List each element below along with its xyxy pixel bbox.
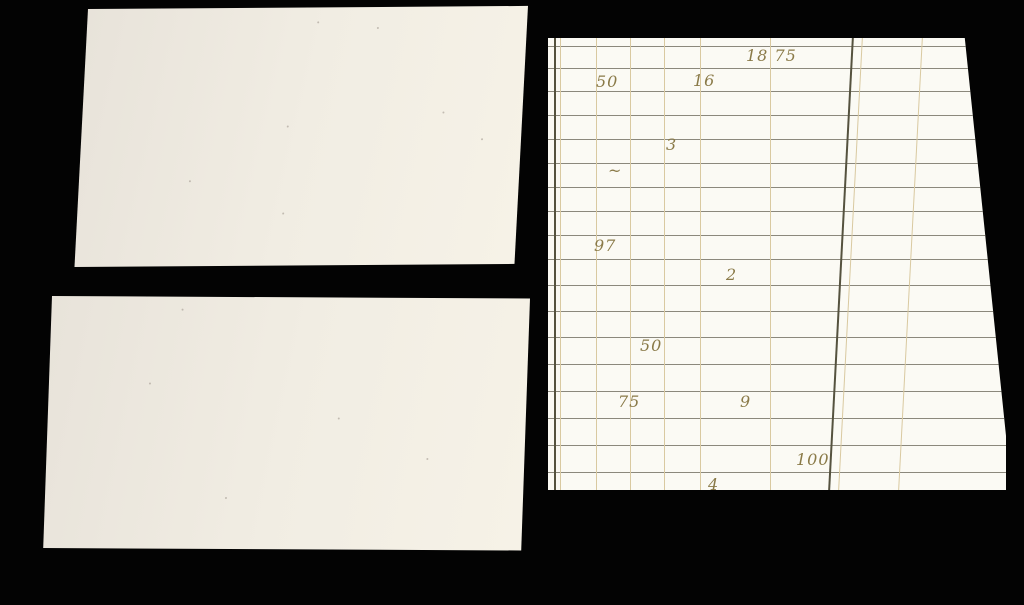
ruled-line: [548, 445, 1006, 446]
column-rule: [630, 38, 631, 490]
paper-speck: [481, 138, 483, 140]
paper-speck: [182, 309, 184, 311]
paper-speck: [338, 418, 340, 420]
column-rule: [700, 38, 701, 490]
blank-card-top: [74, 6, 528, 267]
paper-speck: [149, 383, 151, 385]
ruled-line: [548, 418, 1006, 419]
handwriting-entry: 9: [740, 392, 751, 411]
column-rule: [898, 38, 923, 490]
handwriting-header: 18 75: [746, 46, 797, 65]
ruled-line: [548, 235, 1006, 236]
ruled-line: [548, 285, 1006, 286]
ruled-line: [548, 211, 1006, 212]
handwriting-entry: 2: [726, 265, 737, 284]
handwriting-entry: ~: [608, 161, 622, 180]
ruled-line: [548, 187, 1006, 188]
paper-speck: [377, 27, 379, 29]
margin-rule: [554, 38, 556, 490]
paper-speck: [317, 21, 319, 23]
ruled-line: [548, 91, 1006, 92]
paper-speck: [287, 126, 289, 128]
handwriting-entry: 4: [708, 475, 719, 494]
ruled-line: [548, 68, 1006, 69]
handwriting-entry: 50: [596, 72, 618, 91]
column-rule: [596, 38, 597, 490]
handwriting-entry: 75: [618, 392, 640, 411]
column-rule: [838, 38, 863, 490]
ledger-sheet: 18 75 50 16 3 ~ 97 2 50 75 9 100 4: [548, 38, 1006, 490]
paper-speck: [225, 497, 227, 499]
ruled-line: [548, 364, 1006, 365]
paper-speck: [426, 458, 428, 460]
ruled-line: [548, 115, 1006, 116]
column-rule: [664, 38, 665, 490]
blank-card-bottom: [43, 296, 530, 551]
ruled-line: [548, 391, 1006, 392]
ruled-line: [548, 472, 1006, 473]
ruled-line: [548, 139, 1006, 140]
column-rule: [770, 38, 771, 490]
paper-speck: [442, 111, 444, 113]
handwriting-entry: 16: [693, 71, 715, 90]
handwriting-entry: 97: [594, 236, 616, 255]
ruled-line: [548, 337, 1006, 338]
paper-speck: [282, 213, 284, 215]
column-rule: [560, 38, 561, 490]
ruled-line: [548, 311, 1006, 312]
handwriting-entry: 50: [640, 336, 662, 355]
handwriting-entry: 100: [796, 450, 830, 469]
handwriting-entry: 3: [666, 135, 677, 154]
paper-speck: [189, 180, 191, 182]
ruled-line: [548, 259, 1006, 260]
